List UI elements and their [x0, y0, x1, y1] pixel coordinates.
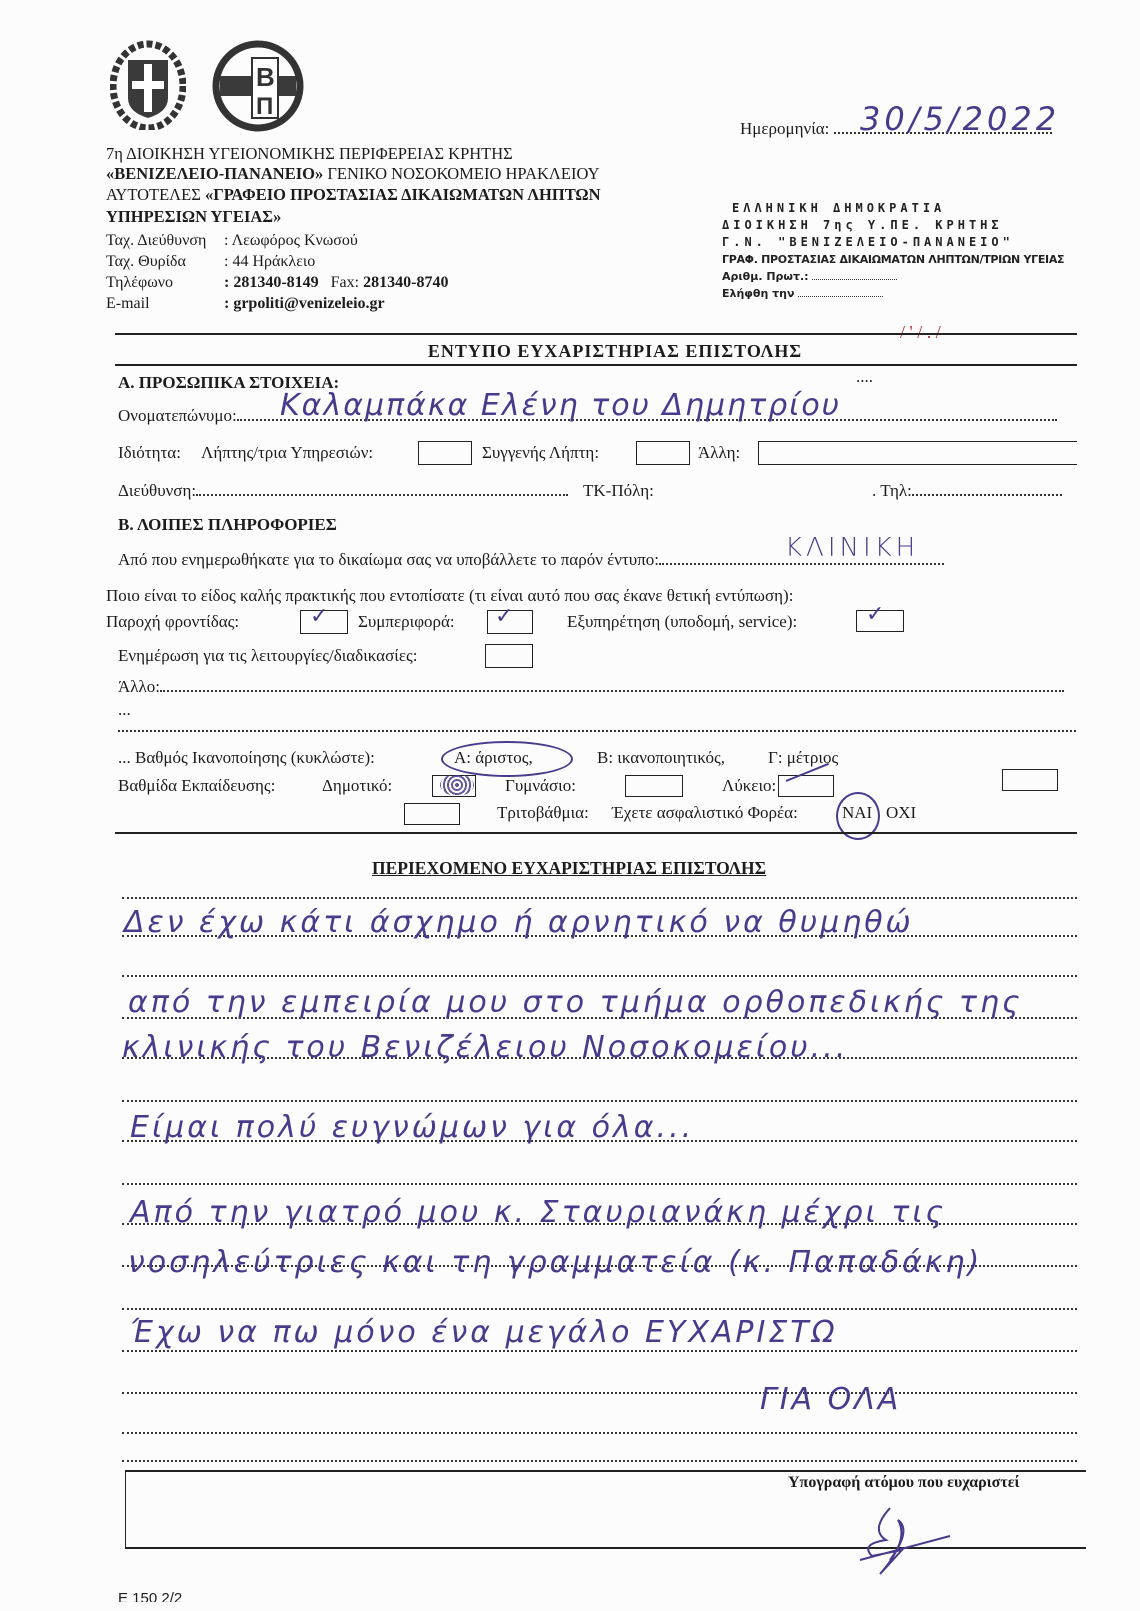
satisfaction-label: ... Βαθμός Ικανοποίησης (κυκλώστε):: [118, 748, 375, 768]
source-label: Από που ενημερωθήκατε για το δικαίωμα σα…: [118, 550, 659, 569]
hospital-type: ΓΕΝΙΚΟ ΝΟΣΟΚΟΜΕΙΟ ΗΡΑΚΛΕΙΟΥ: [327, 164, 599, 183]
hospital-name: «ΒΕΝΙΖΕΛΕΙΟ-ΠΑΝΑΝΕΙΟ»: [106, 164, 323, 183]
letter-line-text: κλινικής του Βενιζέλειου Νοσοκομείου...: [122, 1030, 848, 1065]
education-secondary-label: Γυμνάσιο:: [505, 776, 576, 796]
capacity-relative-checkbox[interactable]: [636, 441, 690, 465]
education-tertiary-checkbox[interactable]: [404, 803, 460, 825]
education-highschool-label: Λύκειο:: [722, 776, 776, 796]
signature-icon: [850, 1500, 960, 1585]
city-label: ΤΚ-Πόλη:: [583, 481, 654, 500]
contact-phone: Τηλέφωνο: 281340-8149 Fax: 281340-8740: [106, 272, 448, 293]
name-label: Ονοματεπώνυμο:: [118, 406, 237, 425]
form-title: ΕΝΤΥΠΟ ΕΥΧΑΡΙΣΤΗΡΙΑΣ ΕΠΙΣΤΟΛΗΣ: [0, 341, 1140, 362]
letter-ruling: [122, 1432, 1077, 1434]
letter-ruling: [122, 1183, 1077, 1185]
letter-ruling: [122, 897, 1077, 899]
contact-pobox: Ταχ. Θυρίδα: 44 Ηράκλειο: [106, 251, 315, 272]
date-value: 30/5/2022: [860, 100, 1060, 138]
signature-label: Υπογραφή ατόμου που ευχαριστεί: [788, 1474, 1020, 1492]
capacity-other-label: Άλλη:: [698, 443, 740, 463]
check-mark-icon: ✓: [310, 606, 328, 628]
venizeleio-hospital-logo: B Π: [212, 38, 304, 134]
capacity-relative-label: Συγγενής Λήπτη:: [482, 443, 599, 463]
svg-text:Π: Π: [256, 93, 273, 120]
letter-ruling: [122, 1100, 1077, 1102]
office-prefix: ΑΥΤΟΤΕΛΕΣ: [106, 185, 201, 204]
divider: [115, 364, 1077, 366]
contact-address: Ταχ. Διεύθυνση: Λεωφόρος Κνωσού: [106, 230, 358, 251]
org-line-4: ΥΠΗΡΕΣΙΩΝ ΥΓΕΙΑΣ»: [106, 206, 281, 227]
letter-heading: ΠΕΡΙΕΧΟΜΕΝΟ ΕΥΧΑΡΙΣΤΗΡΙΑΣ ΕΠΙΣΤΟΛΗΣ: [372, 858, 766, 879]
contact-email: E-mail: grpoliti@venizeleio.gr: [106, 293, 385, 314]
practice-info-label: Ενημέρωση για τις λειτουργίες/διαδικασίε…: [118, 646, 417, 666]
address-field[interactable]: Διεύθυνση:: [118, 481, 568, 501]
letter-ruling: [122, 1308, 1077, 1310]
source-value: ΚΛΙΝΙΚΗ: [785, 533, 919, 563]
divider: [115, 832, 1077, 834]
greek-coat-of-arms-logo: [110, 38, 186, 130]
org-line-3: ΑΥΤΟΤΕΛΕΣ «ΓΡΑΦΕΙΟ ΠΡΟΣΤΑΣΙΑΣ ΔΙΚΑΙΩΜΑΤΩ…: [106, 184, 601, 205]
letter-ruling: [122, 1350, 1077, 1352]
practice-service-label: Εξυπηρέτηση (υποδομή, service):: [567, 612, 797, 632]
protocol-stamp: ΕΛΛΗΝΙΚΗ ΔΗΜΟΚΡΑΤΙΑ ΔΙΟΙΚΗΣΗ 7ης Υ.ΠΕ. Κ…: [722, 200, 1064, 302]
capacity-recipient-label: Λήπτης/τρια Υπηρεσιών:: [201, 443, 373, 463]
section-b-heading: Β. ΛΟΙΠΕΣ ΠΛΗΡΟΦΟΡΙΕΣ: [118, 515, 337, 535]
name-value: Καλαμπάκα Ελένη του Δημητρίου: [280, 388, 841, 423]
scribble-icon: [440, 774, 474, 796]
satisfaction-option-b[interactable]: Β: ικανοποιητικός,: [597, 748, 725, 768]
org-line-1: 7η ΔΙΟΙΚΗΣΗ ΥΓΕΙΟΝΟΜΙΚΗΣ ΠΕΡΙΦΕΡΕΙΑΣ ΚΡΗ…: [106, 143, 513, 164]
other-line[interactable]: [118, 730, 1076, 732]
education-tertiary-label: Τριτοβάθμια:: [497, 803, 589, 823]
capacity-other-input[interactable]: [758, 441, 1077, 465]
org-line-2: «ΒΕΝΙΖΕΛΕΙΟ-ΠΑΝΑΝΕΙΟ» ΓΕΝΙΚΟ ΝΟΣΟΚΟΜΕΙΟ …: [106, 163, 599, 184]
education-label: Βαθμίδα Εκπαίδευσης:: [118, 776, 275, 796]
capacity-label: Ιδιότητα:: [118, 443, 181, 463]
education-primary-label: Δημοτικό:: [322, 776, 392, 796]
check-mark-icon: ✓: [866, 604, 884, 626]
city-field[interactable]: ΤΚ-Πόλη:: [583, 481, 654, 501]
practice-question: Ποιο είναι το είδος καλής πρακτικής που …: [106, 586, 793, 606]
email-link[interactable]: : grpoliti@venizeleio.gr: [224, 295, 385, 312]
other-continuation: ...: [118, 700, 131, 720]
letter-line-text: από την εμπειρία μου στο τμήμα ορθοπεδικ…: [128, 985, 1023, 1020]
letter-ruling: [122, 1392, 1077, 1394]
letter-line-text: νοσηλεύτριες και τη γραμματεία (κ. Παπαδ…: [128, 1245, 982, 1280]
letter-line-text: Έχω να πω μόνο ένα μεγάλο ΕΥΧΑΡΙΣΤΩ: [130, 1315, 838, 1350]
practice-info-checkbox[interactable]: [485, 644, 533, 668]
other-label: Άλλο:: [118, 677, 160, 696]
practice-care-label: Παροχή φροντίδας:: [106, 612, 239, 632]
education-extra-checkbox[interactable]: [1002, 769, 1058, 791]
office-name: «ΓΡΑΦΕΙΟ ΠΡΟΣΤΑΣΙΑΣ ΔΙΚΑΙΩΜΑΤΩΝ ΛΗΠΤΩΝ: [205, 185, 601, 204]
address-label: Διεύθυνση:: [118, 481, 196, 500]
letter-line-text: Από την γιατρό μου κ. Σταυριανάκη μέχρι …: [130, 1195, 946, 1230]
svg-text:B: B: [256, 62, 275, 92]
insurance-option-no[interactable]: ΟΧΙ: [886, 803, 916, 823]
date-label: Ημερομηνία:: [740, 119, 834, 138]
letter-line-text: ΓΙΑ ΟΛΑ: [760, 1382, 901, 1417]
phone-field[interactable]: . Τηλ:: [872, 481, 1062, 501]
education-highschool-checkbox[interactable]: [778, 775, 834, 797]
other-field[interactable]: Άλλο:: [118, 677, 1064, 697]
practice-behavior-label: Συμπεριφορά:: [358, 612, 455, 632]
selection-circle-icon: [441, 741, 573, 777]
education-secondary-checkbox[interactable]: [625, 775, 683, 797]
letter-line-text: Είμαι πολύ ευγνώμων για όλα...: [130, 1110, 694, 1145]
capacity-recipient-checkbox[interactable]: [418, 441, 472, 465]
footer-code: Ε 150 2/2: [118, 1590, 182, 1602]
letter-line-text: Δεν έχω κάτι άσχημο ή αρνητικό να θυμηθώ: [124, 905, 914, 940]
divider: [115, 333, 1077, 335]
phone-label: . Τηλ:: [872, 481, 912, 500]
check-mark-icon: ✓: [495, 606, 513, 628]
insurance-label: Έχετε ασφαλιστικό Φορέα:: [612, 803, 798, 823]
letter-ruling: [122, 1460, 1077, 1462]
letter-ruling: [122, 975, 1077, 977]
